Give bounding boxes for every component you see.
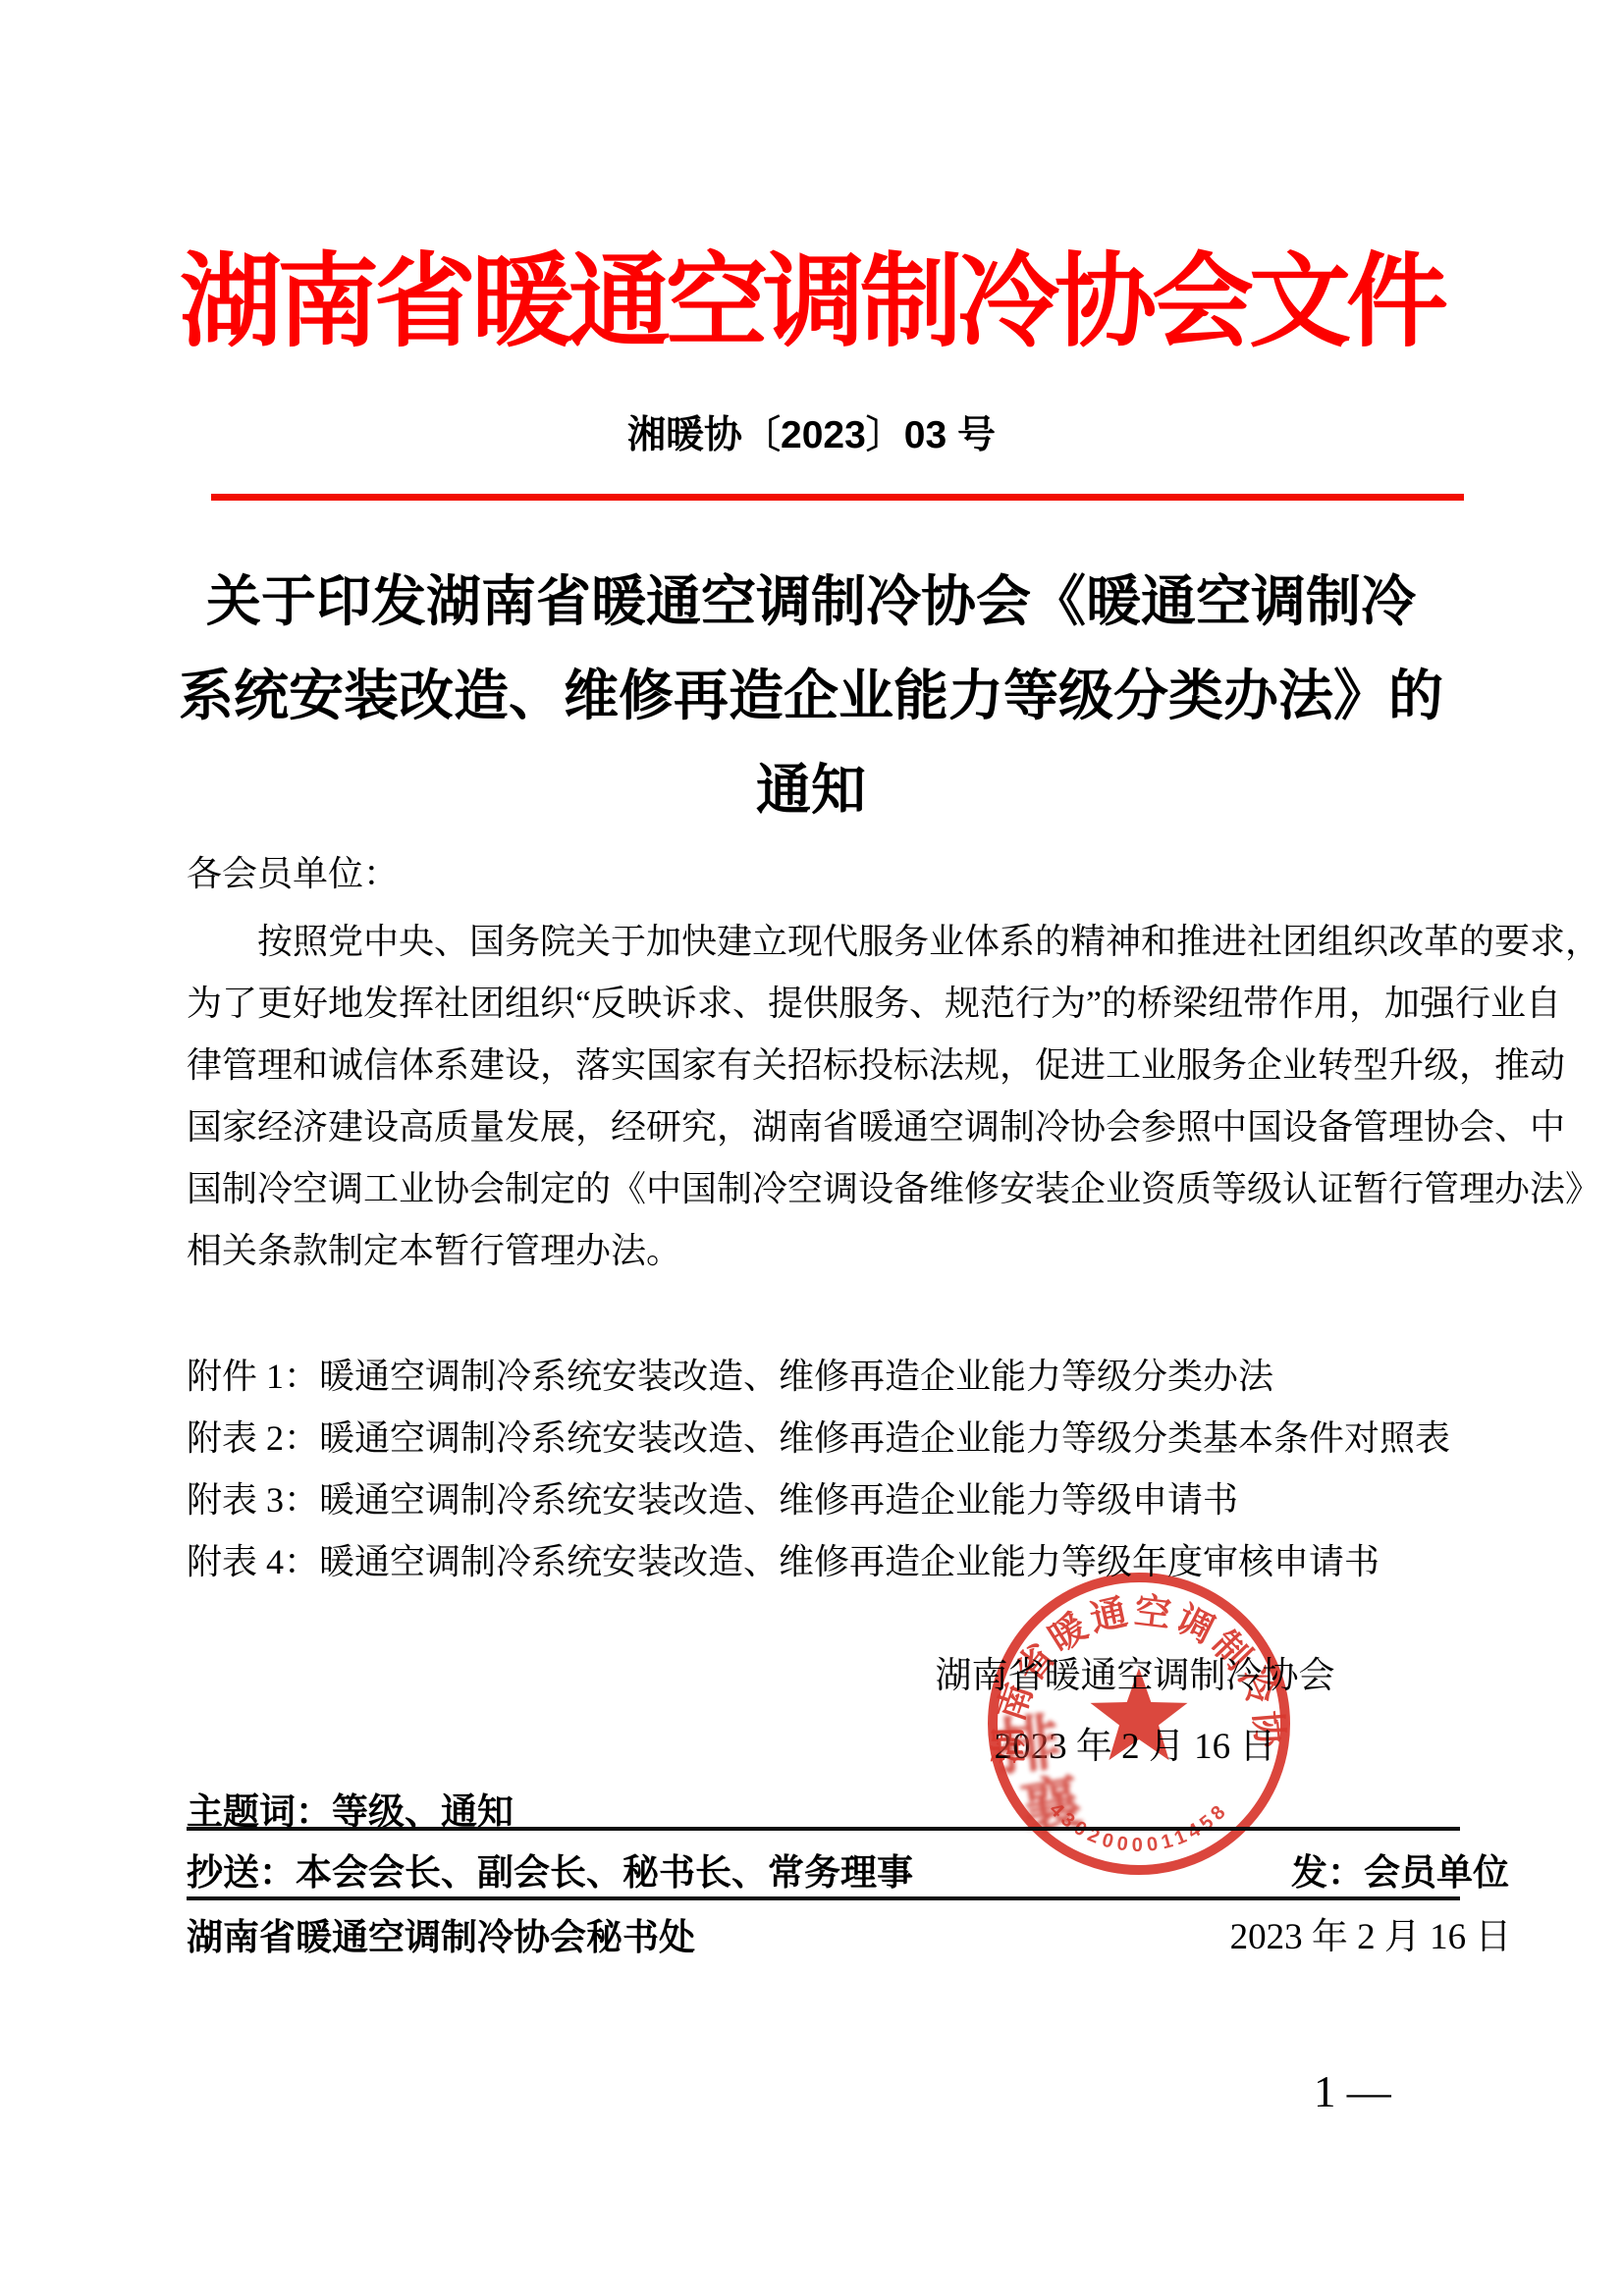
document-number: 湘暖协〔2023〕03 号 [0,412,1623,459]
body-line: 律管理和诚信体系建设，落实国家有关招标投标法规，促进工业服务企业转型升级，推动 [187,1035,1463,1096]
footer-cc-row: 抄送：本会会长、副会长、秘书长、常务理事 发：会员单位 [187,1851,1460,1895]
notice-title-line-2: 系统安装改造、维修再造企业能力等级分类办法》的 [124,650,1498,744]
footer-issue-date: 2023 年 2 月 16 日 [1188,1916,1553,1959]
notice-title: 关于印发湖南省暖通空调制冷协会《暖通空调制冷 系统安装改造、维修再造企业能力等级… [124,556,1498,838]
footer-cc-text: 抄送：本会会长、副会长、秘书长、常务理事 [187,1852,913,1893]
notice-title-line-3: 通知 [124,744,1498,838]
attachment-item: 附表 2：暖通空调制冷系统安装改造、维修再造企业能力等级分类基本条件对照表 [187,1408,1473,1469]
notice-title-line-1: 关于印发湖南省暖通空调制冷协会《暖通空调制冷 [124,556,1498,650]
attachment-item: 附表 4：暖通空调制冷系统安装改造、维修再造企业能力等级年度审核申请书 [187,1531,1473,1593]
body-line: 按照党中央、国务院关于加快建立现代服务业体系的精神和推进社团组织改革的要求， [187,911,1463,973]
body-line: 国制冷空调工业协会制定的《中国制冷空调设备维修安装企业资质等级认证暂行管理办法》 [187,1158,1463,1220]
body-line: 为了更好地发挥社团组织“反映诉求、提供服务、规范行为”的桥梁纽带作用，加强行业自 [187,973,1463,1035]
body-paragraph: 按照党中央、国务院关于加快建立现代服务业体系的精神和推进社团组织改革的要求， 为… [187,911,1463,1282]
signature-date: 2023 年 2 月 16 日 [880,1726,1390,1769]
attachment-item: 附表 3：暖通空调制冷系统安装改造、维修再造企业能力等级申请书 [187,1469,1473,1531]
footer-divider-1 [187,1827,1460,1831]
attachment-item: 附件 1：暖通空调制冷系统安装改造、维修再造企业能力等级分类办法 [187,1346,1473,1408]
footer-send-text: 发：会员单位 [1291,1851,1509,1895]
salutation: 各会员单位： [187,852,399,895]
footer-issuer-text: 湖南省暖通空调制冷协会秘书处 [187,1917,695,1957]
body-line: 相关条款制定本暂行管理办法。 [187,1220,1463,1282]
footer-divider-2 [187,1896,1460,1900]
signature-org: 湖南省暖通空调制冷协会 [880,1655,1390,1698]
footer-issuer-row: 湖南省暖通空调制冷协会秘书处 2023 年 2 月 16 日 [187,1916,1460,1959]
attachment-list: 附件 1：暖通空调制冷系统安装改造、维修再造企业能力等级分类办法 附表 2：暖通… [187,1346,1473,1593]
red-divider-line [211,494,1464,501]
document-page: 湖南省暖通空调制冷协会文件 湘暖协〔2023〕03 号 关于印发湖南省暖通空调制… [0,0,1623,2296]
document-header-title: 湖南省暖通空调制冷协会文件 [0,247,1623,357]
page-number: 1 — [1314,2067,1391,2116]
signature-block: 湖南省暖通空调制冷协会 2023 年 2 月 16 日 [880,1655,1390,1769]
body-line: 国家经济建设高质量发展，经研究，湖南省暖通空调制冷协会参照中国设备管理协会、中 [187,1096,1463,1158]
